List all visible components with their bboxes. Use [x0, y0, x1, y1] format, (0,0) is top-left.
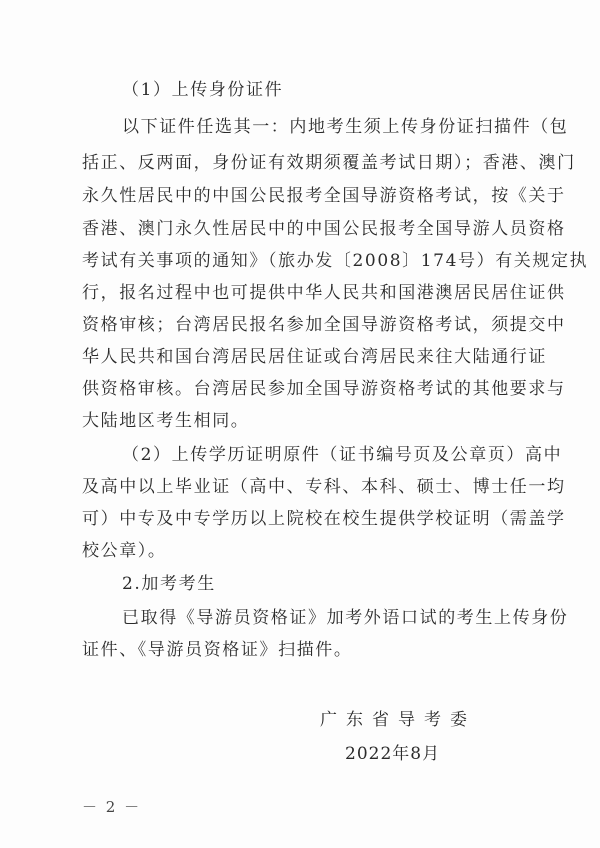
- text-line: 供资格审核。台湾居民参加全国导游资格考试的其他要求与: [82, 379, 508, 399]
- text-line: 永久性居民中的中国公民报考全国导游资格考试，按《关于: [82, 186, 508, 206]
- signature-organization: 广东省导考委: [320, 710, 476, 730]
- signature-date: 2022年8月: [345, 744, 440, 764]
- text-line: 行，报名过程中也可提供中华人民共和国港澳居民居住证供: [82, 283, 508, 303]
- text-line: 括正、反两面，身份证有效期须覆盖考试日期）；香港、澳门: [82, 153, 508, 173]
- document-page: （1）上传身份证件 以下证件任选其一：内地考生须上传身份证扫描件（包 括正、反两…: [0, 0, 600, 848]
- text-line: 可）中专及中专学历以上院校在校生提供学校证明（需盖学: [82, 509, 508, 529]
- text-line: 以下证件任选其一：内地考生须上传身份证扫描件（包: [122, 117, 508, 137]
- text-line: 考试有关事项的通知》（旅办发〔2008〕174号）有关规定执: [82, 251, 508, 271]
- text-line: 及高中以上毕业证（高中、专科、本科、硕士、博士任一均: [82, 477, 508, 497]
- text-line: 大陆地区考生相同。: [82, 411, 249, 431]
- heading-additional-exam: 2.加考考生: [122, 574, 216, 594]
- text-line: 证件、《导游员资格证》扫描件。: [82, 640, 353, 660]
- text-line: 华人民共和国台湾居民居住证或台湾居民来往大陆通行证: [82, 347, 508, 367]
- text-line: 资格审核；台湾居民报名参加全国导游资格考试，须提交中: [82, 315, 508, 335]
- heading-upload-id: （1）上传身份证件: [122, 80, 283, 100]
- heading-upload-education: （2）上传学历证明原件（证书编号页及公章页）高中: [122, 445, 508, 465]
- text-line: 校公章）。: [82, 541, 167, 561]
- text-line: 香港、澳门永久性居民中的中国公民报考全国导游人员资格: [82, 219, 508, 239]
- page-number: － 2 －: [82, 796, 141, 817]
- text-line: 已取得《导游员资格证》加考外语口试的考生上传身份: [122, 608, 508, 628]
